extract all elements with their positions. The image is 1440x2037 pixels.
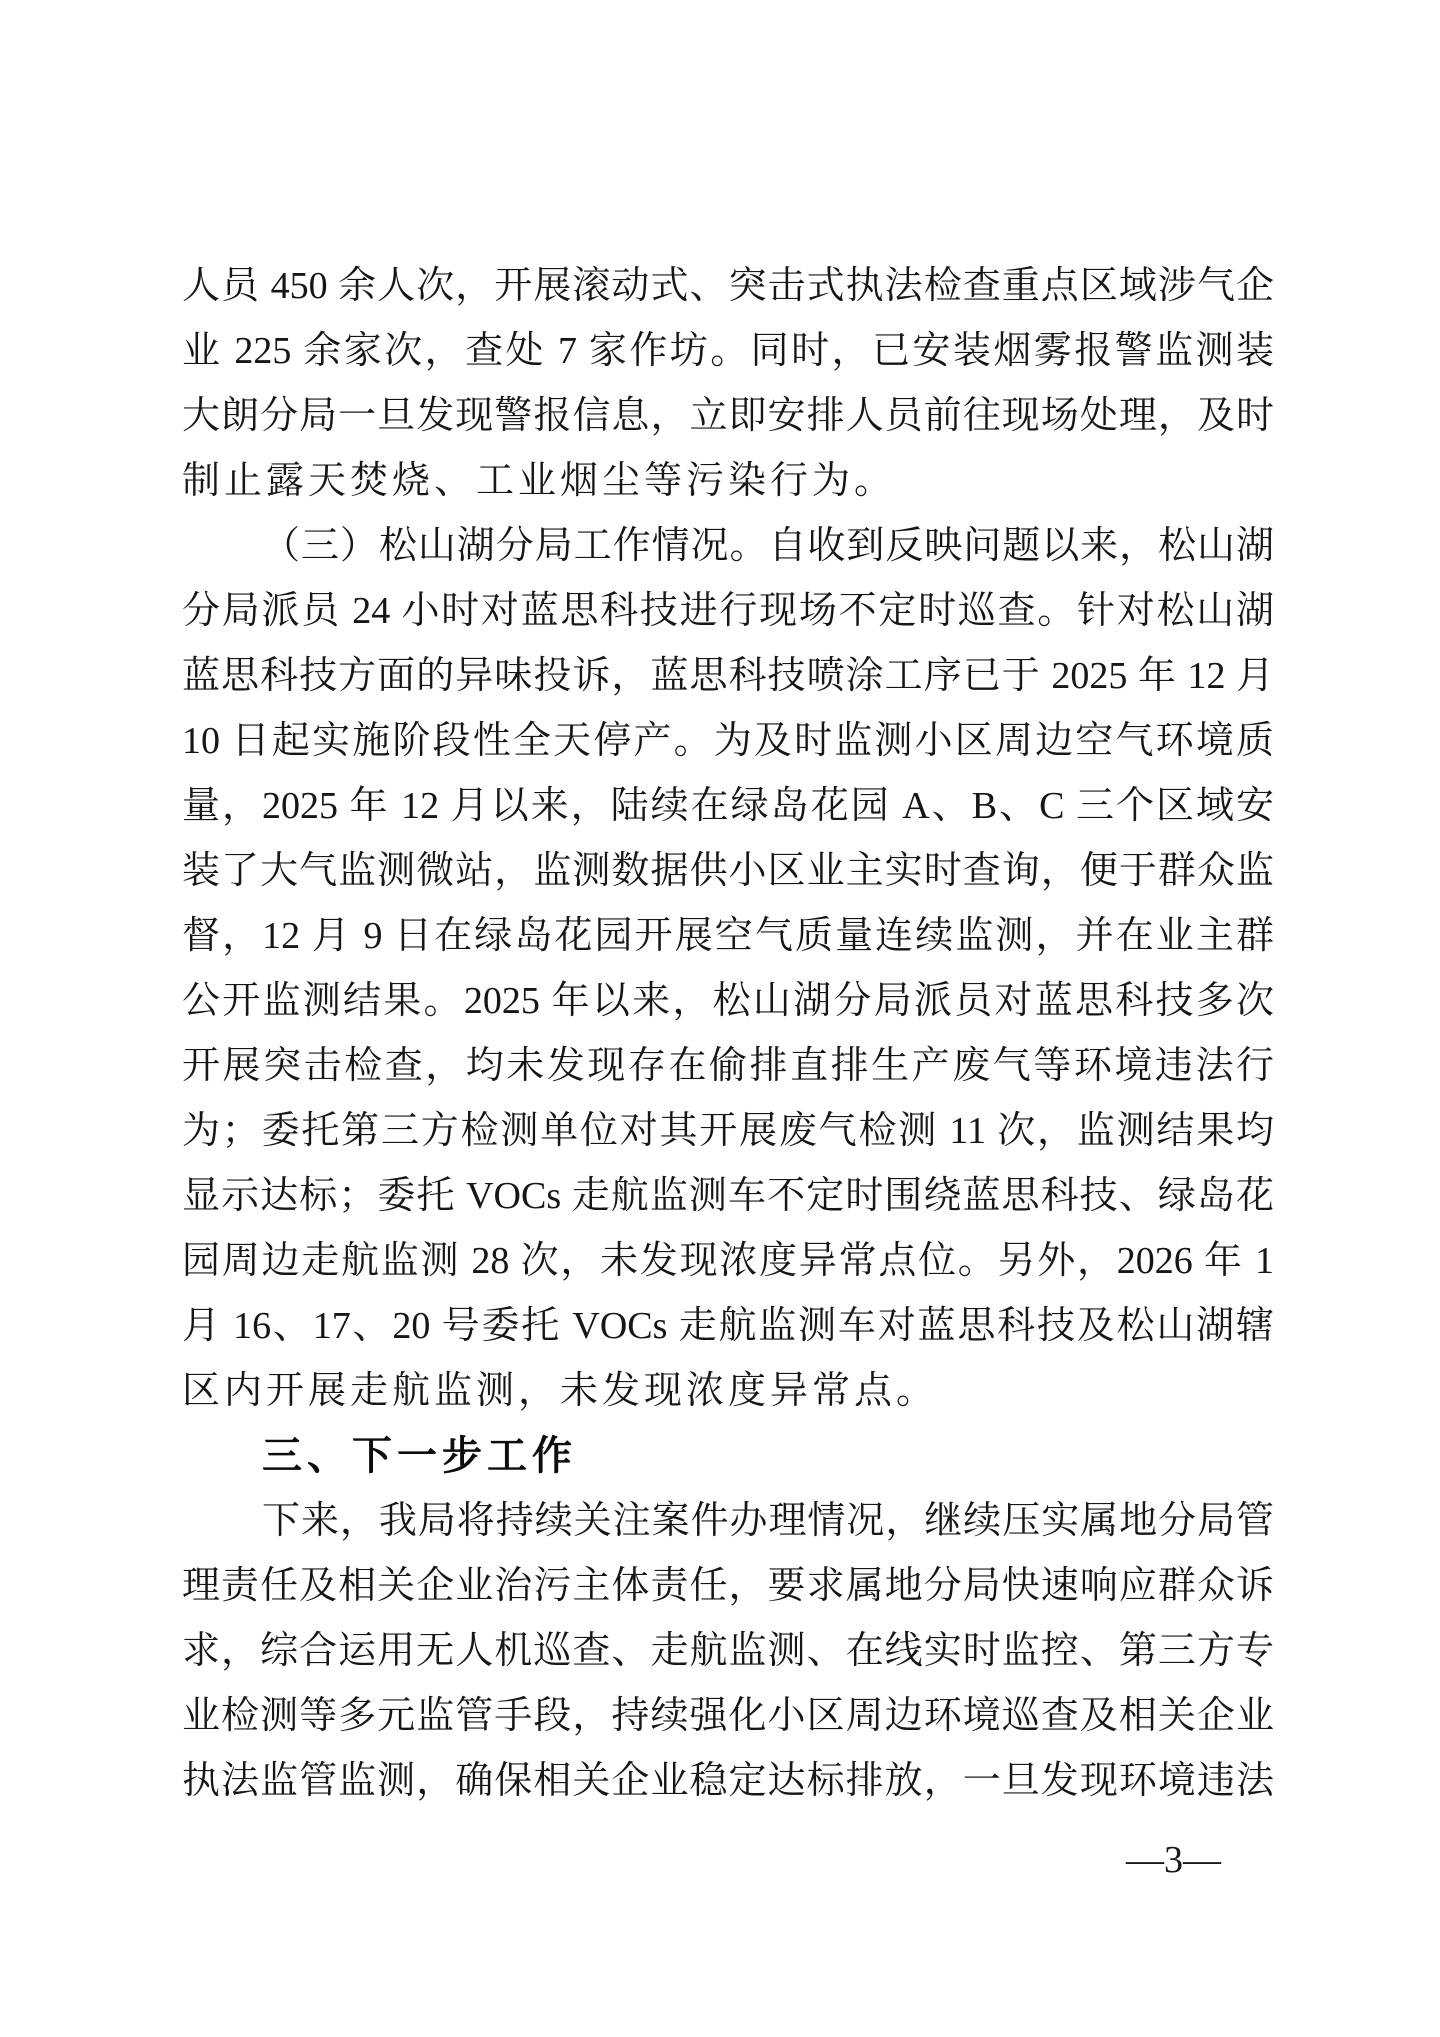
text-line: 月 16、17、20 号委托 VOCs 走航监测车对蓝思科技及松山湖辖: [182, 1294, 1274, 1359]
text-line: 制止露天焚烧、工业烟尘等污染行为。: [182, 449, 1274, 514]
text-line: 求，综合运用无人机巡查、走航监测、在线实时监控、第三方专: [182, 1619, 1274, 1684]
text-line: 大朗分局一旦发现警报信息，立即安排人员前往现场处理，及时: [182, 384, 1274, 449]
text-line: 区内开展走航监测，未发现浓度异常点。: [182, 1359, 1274, 1424]
text-line: 为；委托第三方检测单位对其开展废气检测 11 次，监测结果均: [182, 1099, 1274, 1164]
text-line: 业 225 余家次，查处 7 家作坊。同时，已安装烟雾报警监测装置，: [182, 319, 1274, 384]
page-number: —3—: [1126, 1838, 1221, 1882]
text-line: 10 日起实施阶段性全天停产。为及时监测小区周边空气环境质: [182, 709, 1274, 774]
text-line: （三）松山湖分局工作情况。自收到反映问题以来，松山湖: [182, 514, 1274, 579]
text-line: 业检测等多元监管手段，持续强化小区周边环境巡查及相关企业: [182, 1684, 1274, 1749]
text-line: 园周边走航监测 28 次，未发现浓度异常点位。另外，2026 年 1: [182, 1229, 1274, 1294]
text-line: 督，12 月 9 日在绿岛花园开展空气质量连续监测，并在业主群: [182, 904, 1274, 969]
text-line: 开展突击检查，均未发现存在偷排直排生产废气等环境违法行: [182, 1034, 1274, 1099]
document-page: 人员 450 余人次，开展滚动式、突击式执法检查重点区域涉气企业 225 余家次…: [0, 0, 1440, 2037]
text-line: 下来，我局将持续关注案件办理情况，继续压实属地分局管: [182, 1489, 1274, 1554]
text-line: 人员 450 余人次，开展滚动式、突击式执法检查重点区域涉气企: [182, 254, 1274, 319]
text-line: 三、下一步工作: [182, 1424, 1274, 1489]
text-line: 理责任及相关企业治污主体责任，要求属地分局快速响应群众诉: [182, 1554, 1274, 1619]
text-line: 装了大气监测微站，监测数据供小区业主实时查询，便于群众监: [182, 839, 1274, 904]
text-line: 显示达标；委托 VOCs 走航监测车不定时围绕蓝思科技、绿岛花: [182, 1164, 1274, 1229]
text-line: 蓝思科技方面的异味投诉，蓝思科技喷涂工序已于 2025 年 12 月: [182, 644, 1274, 709]
text-line: 分局派员 24 小时对蓝思科技进行现场不定时巡查。针对松山湖: [182, 579, 1274, 644]
document-body: 人员 450 余人次，开展滚动式、突击式执法检查重点区域涉气企业 225 余家次…: [182, 254, 1274, 1814]
text-line: 执法监管监测，确保相关企业稳定达标排放，一旦发现环境违法: [182, 1749, 1274, 1814]
text-line: 公开监测结果。2025 年以来，松山湖分局派员对蓝思科技多次: [182, 969, 1274, 1034]
text-line: 量，2025 年 12 月以来，陆续在绿岛花园 A、B、C 三个区域安: [182, 774, 1274, 839]
